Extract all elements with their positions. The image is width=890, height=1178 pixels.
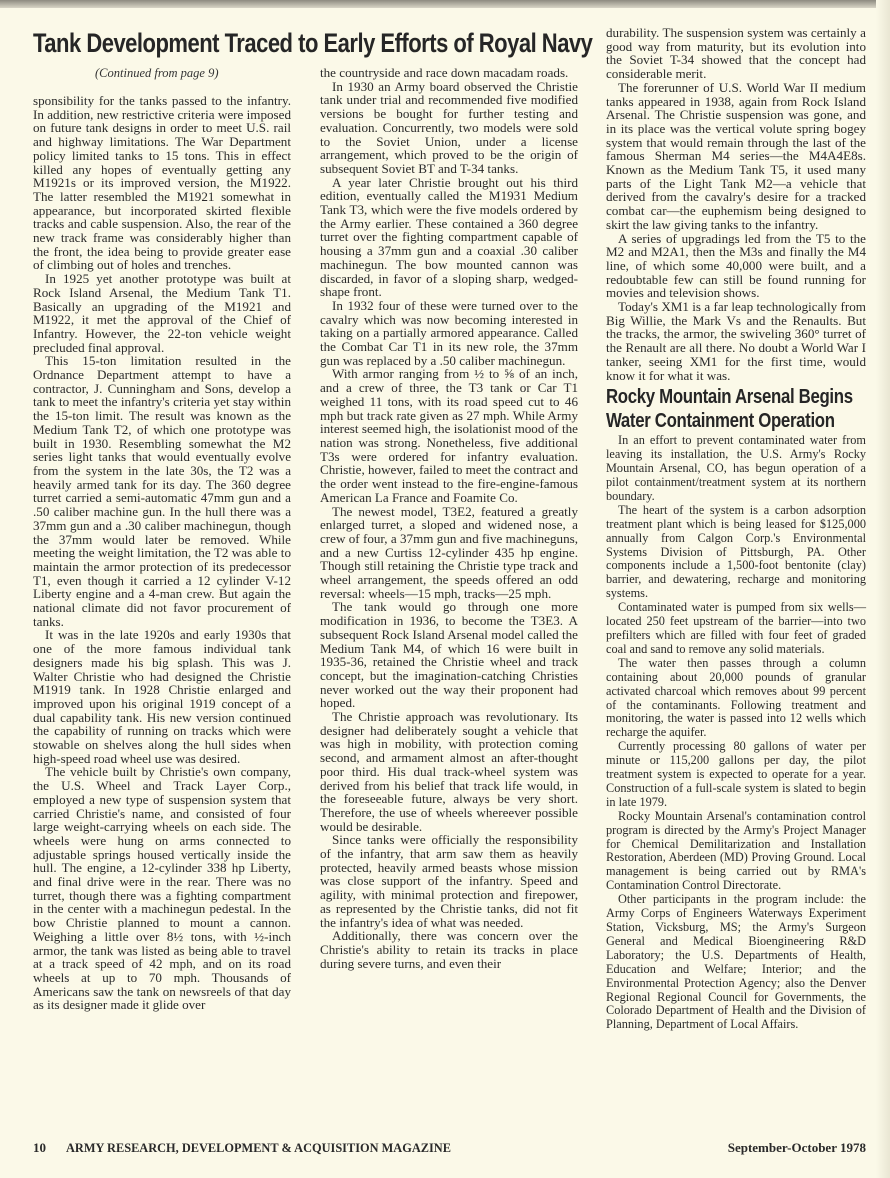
- footer-left: 10 ARMY RESEARCH, DEVELOPMENT & ACQUISIT…: [33, 1140, 471, 1156]
- paragraph: The tank would go through one more modif…: [320, 600, 578, 710]
- paragraph: A year later Christie brought out his th…: [320, 176, 578, 299]
- article-headline: Tank Development Traced to Early Efforts…: [33, 28, 498, 59]
- paragraph: The forerunner of U.S. World War II medi…: [606, 81, 866, 232]
- paragraph: It was in the late 1920s and early 1930s…: [33, 628, 291, 765]
- article-column-1: sponsibility for the tanks passed to the…: [33, 94, 291, 1012]
- paragraph: A series of upgradings led from the T5 t…: [606, 232, 866, 301]
- paragraph: In an effort to prevent contaminated wat…: [606, 434, 866, 504]
- paragraph: The vehicle built by Christie's own comp…: [33, 765, 291, 1012]
- paragraph: durability. The suspension system was ce…: [606, 26, 866, 81]
- paragraph: the countryside and race down macadam ro…: [320, 66, 578, 80]
- issue-date: September-October 1978: [728, 1140, 866, 1156]
- page-number: 10: [33, 1140, 46, 1156]
- paragraph: This 15-ton limitation resulted in the O…: [33, 354, 291, 628]
- paragraph: In 1925 yet another prototype was built …: [33, 272, 291, 354]
- article2-body: In an effort to prevent contaminated wat…: [606, 434, 866, 1032]
- paragraph: The newest model, T3E2, featured a great…: [320, 505, 578, 601]
- paragraph: The water then passes through a column c…: [606, 657, 866, 740]
- paragraph: Currently processing 80 gallons of water…: [606, 740, 866, 810]
- paragraph: With armor ranging from ½ to ⅝ of an inc…: [320, 367, 578, 504]
- paragraph: Today's XM1 is a far leap technologicall…: [606, 300, 866, 382]
- paragraph: The heart of the system is a carbon adso…: [606, 504, 866, 601]
- article2-headline-line2: Water Containment Operation: [606, 408, 819, 434]
- article-column-2: the countryside and race down macadam ro…: [320, 66, 578, 970]
- magazine-title: ARMY RESEARCH, DEVELOPMENT & ACQUISITION…: [66, 1140, 451, 1156]
- paragraph: Contaminated water is pumped from six we…: [606, 601, 866, 657]
- paragraph: In 1932 four of these were turned over t…: [320, 299, 578, 368]
- paragraph: Since tanks were officially the responsi…: [320, 833, 578, 929]
- scan-right-edge: [876, 0, 890, 1178]
- paragraph: Additionally, there was concern over the…: [320, 929, 578, 970]
- continued-note: (Continued from page 9): [95, 66, 218, 81]
- page-footer: 10 ARMY RESEARCH, DEVELOPMENT & ACQUISIT…: [33, 1140, 866, 1156]
- paragraph: sponsibility for the tanks passed to the…: [33, 94, 291, 272]
- article-column-3: durability. The suspension system was ce…: [606, 26, 866, 1032]
- paragraph: Rocky Mountain Arsenal's contamination c…: [606, 810, 866, 893]
- article2-headline-line1: Rocky Mountain Arsenal Begins: [606, 384, 819, 410]
- paragraph: The Christie approach was revolutionary.…: [320, 710, 578, 833]
- scan-top-edge: [0, 0, 890, 8]
- paragraph: In 1930 an Army board observed the Chris…: [320, 80, 578, 176]
- paragraph: Other participants in the program includ…: [606, 893, 866, 1032]
